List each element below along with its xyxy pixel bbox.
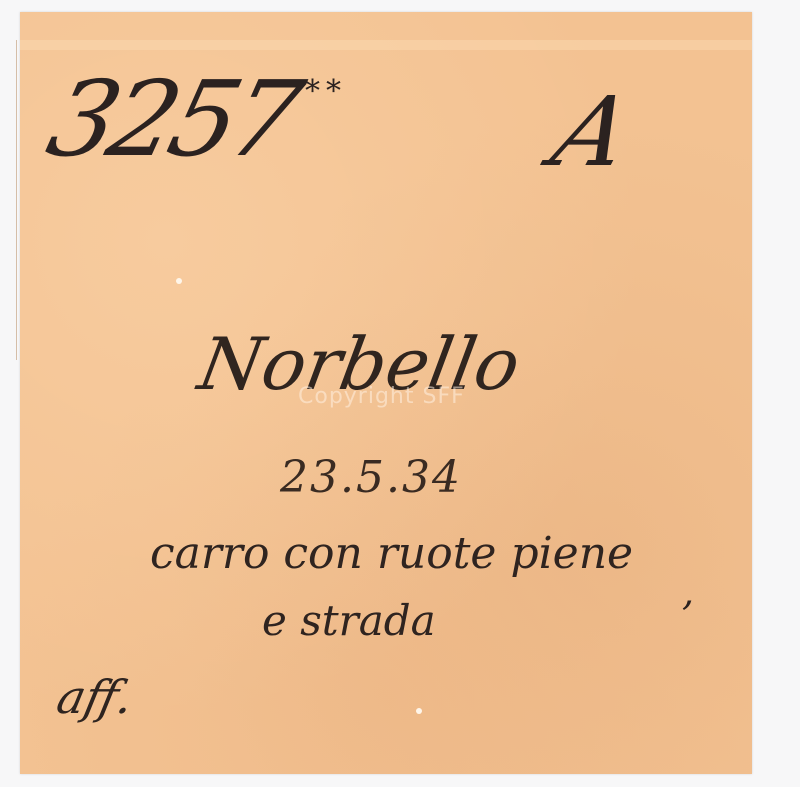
signature: aff. [52,670,138,724]
date: 23.5.34 [280,452,462,503]
copyright-watermark: Copyright SFF [298,384,465,409]
paper-top-band [20,40,752,50]
paper-speck [176,278,182,284]
paper-speck [416,708,422,714]
paper-fold-edge [16,40,23,360]
catalog-number: 3257 [37,58,308,180]
description-comma: , [682,570,694,614]
description-line-1: carro con ruote piene [150,528,633,579]
description-line-2: e strada [262,596,436,645]
catalog-star-marks: ** [305,74,347,109]
